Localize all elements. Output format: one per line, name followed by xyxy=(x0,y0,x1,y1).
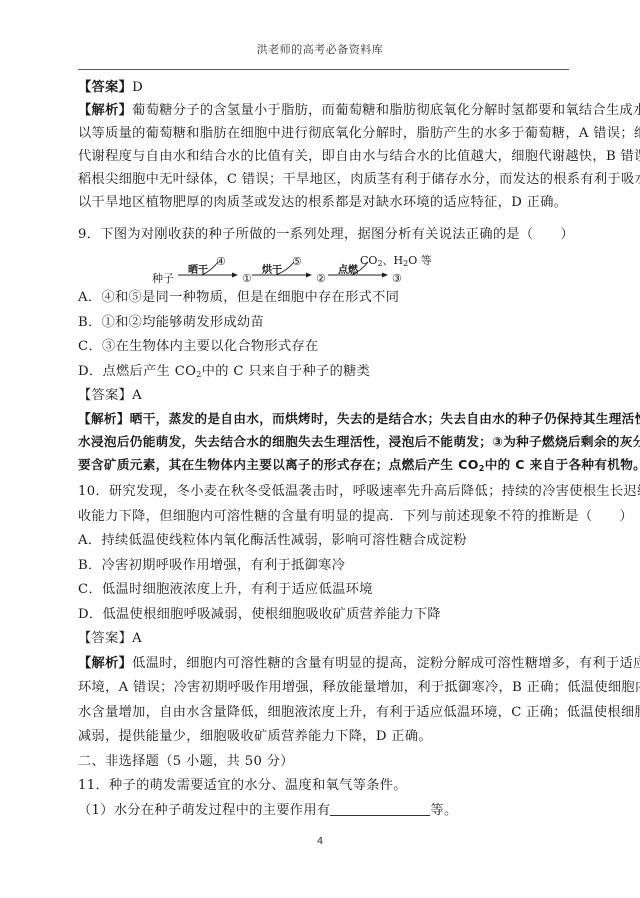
answer-label: 【答案】 xyxy=(78,388,132,403)
q10-analysis-line: 水含量增加，自由水含量降低，细胞液浓度上升，有利于适应低温环境，C 正确；低温使… xyxy=(78,701,568,726)
q9-analysis-line: 水浸泡后仍能萌发，失去结合水的细胞失去生理活性，浸泡后不能萌发；③为种子燃烧后剩… xyxy=(78,430,568,453)
q8-analysis-line: 代谢程度与自由水和结合水的比值有关，即自由水与结合水的比值越大，细胞代谢越快，B… xyxy=(78,145,568,168)
q10-analysis-line: 【解析】低温时，细胞内可溶性糖的含量有明显的提高，淀粉分解成可溶性糖增多，有利于… xyxy=(78,652,568,677)
q9-option-d: D．点燃后产生 CO2中的 C 只来自于种子的糖类 xyxy=(78,360,568,385)
page-header-title: 洪老师的高考必备资料库 xyxy=(0,41,640,57)
q10-option-c: C．低温时细胞液浓度上升，有利于适应低温环境 xyxy=(78,578,568,603)
q10-option-a: A．持续低温使线粒体内氧化酶活性减弱，影响可溶性糖合成淀粉 xyxy=(78,529,568,554)
analysis-text: 低温时，细胞内可溶性糖的含量有明显的提高，淀粉分解成可溶性糖增多，有利于适应低温 xyxy=(132,656,640,671)
q9-analysis: 【解析】晒干，蒸发的是自由水，而烘烤时，失去的是结合水；失去自由水的种子仍保持其… xyxy=(78,407,568,476)
diagram-byproduct-4: ④ xyxy=(216,250,226,273)
q8-analysis-line: 以干旱地区植物肥厚的肉质茎或发达的根系都是对缺水环境的适应特征，D 正确。 xyxy=(78,191,568,214)
analysis-text: 葡萄糖分子的含氢量小于脂肪，而葡萄糖和脂肪彻底氧化分解时氢都要和氧结合生成水，所 xyxy=(132,103,640,118)
page-number: 4 xyxy=(0,836,640,847)
q11-sub1: （1）水分在种子萌发过程中的主要作用有等。 xyxy=(78,799,568,824)
q10-analysis-line: 减弱，提供能量少，细胞吸收矿质营养能力下降，D 正确。 xyxy=(78,725,568,750)
answer-value: D xyxy=(132,80,143,95)
q9-analysis-line: 要含矿质元素，其在生物体内主要以离子的形式存在；点燃后产生 CO2中的 C 来自… xyxy=(78,453,568,476)
analysis-label: 【解析】 xyxy=(78,411,130,426)
q9-answer: 【答案】A xyxy=(78,384,568,407)
q8-analysis-line: 稻根尖细胞中无叶绿体，C 错误；干旱地区，肉质茎有利于储存水分，而发达的根系有利… xyxy=(78,168,568,191)
q10-option-d: D．低温使根细胞呼吸减弱，使根细胞吸收矿质营养能力下降 xyxy=(78,603,568,628)
answer-label: 【答案】 xyxy=(78,80,132,95)
diagram-result-1: ① xyxy=(242,267,252,290)
diagram-result-2: ② xyxy=(316,267,326,290)
q9-option-b: B．①和②均能够萌发形成幼苗 xyxy=(78,311,568,336)
header-divider xyxy=(78,69,569,70)
q9-process-diagram: 种子 晒干 ④ ① 烘干 ⑤ ② 点燃 CO2、H2O 等 ③ xyxy=(78,246,568,286)
q9-option-c: C．③在生物体内主要以化合物形式存在 xyxy=(78,335,568,360)
q8-analysis-line: 以等质量的葡萄糖和脂肪在细胞中进行彻底氧化分解时，脂肪产生的水多于葡萄糖，A 错… xyxy=(78,122,568,145)
answer-value: A xyxy=(132,388,142,403)
analysis-label: 【解析】 xyxy=(78,103,132,118)
q10-stem-line: 收能力下降，但细胞内可溶性糖的含量有明显的提高．下列与前述现象不符的推断是（ ） xyxy=(78,505,568,530)
diagram-step-ignite: 点燃 xyxy=(338,259,358,282)
q10-answer: 【答案】A xyxy=(78,627,568,652)
document-body: 【答案】D 【解析】葡萄糖分子的含氢量小于脂肪，而葡萄糖和脂肪彻底氧化分解时氢都… xyxy=(78,76,568,823)
answer-value: A xyxy=(132,631,142,646)
diagram-start-seed: 种子 xyxy=(152,267,174,290)
answer-blank[interactable] xyxy=(330,801,430,816)
q9-stem: 9．下图为对刚收获的种子所做的一系列处理，据图分析有关说法正确的是（ ） xyxy=(78,223,568,246)
q11-stem: 11．种子的萌发需要适宜的水分、温度和氧气等条件。 xyxy=(78,774,568,799)
diagram-result-3: ③ xyxy=(392,267,402,290)
q8-answer: 【答案】D xyxy=(78,76,568,99)
analysis-text: 晒干，蒸发的是自由水，而烘烤时，失去的是结合水；失去自由水的种子仍保持其生理活性… xyxy=(130,411,640,426)
answer-label: 【答案】 xyxy=(78,631,132,646)
section-2-title: 二、非选择题（5 小题，共 50 分） xyxy=(78,750,568,775)
analysis-label: 【解析】 xyxy=(78,656,132,671)
q10-stem-line: 10．研究发现，冬小麦在秋冬受低温袭击时，呼吸速率先升高后降低；持续的冷害使根生… xyxy=(78,480,568,505)
diagram-step-sun-dry: 晒干 xyxy=(188,259,208,282)
q10-option-b: B．冷害初期呼吸作用增强，有利于抵御寒冷 xyxy=(78,554,568,579)
q10-analysis-line: 环境，A 错误；冷害初期呼吸作用增强，释放能量增加，利于抵御寒冷，B 正确；低温… xyxy=(78,676,568,701)
q8-analysis-line: 【解析】葡萄糖分子的含氢量小于脂肪，而葡萄糖和脂肪彻底氧化分解时氢都要和氧结合生… xyxy=(78,99,568,122)
diagram-byproduct-5: ⑤ xyxy=(292,250,302,273)
q9-analysis-line: 【解析】晒干，蒸发的是自由水，而烘烤时，失去的是结合水；失去自由水的种子仍保持其… xyxy=(78,407,568,430)
diagram-step-oven-dry: 烘干 xyxy=(262,259,282,282)
